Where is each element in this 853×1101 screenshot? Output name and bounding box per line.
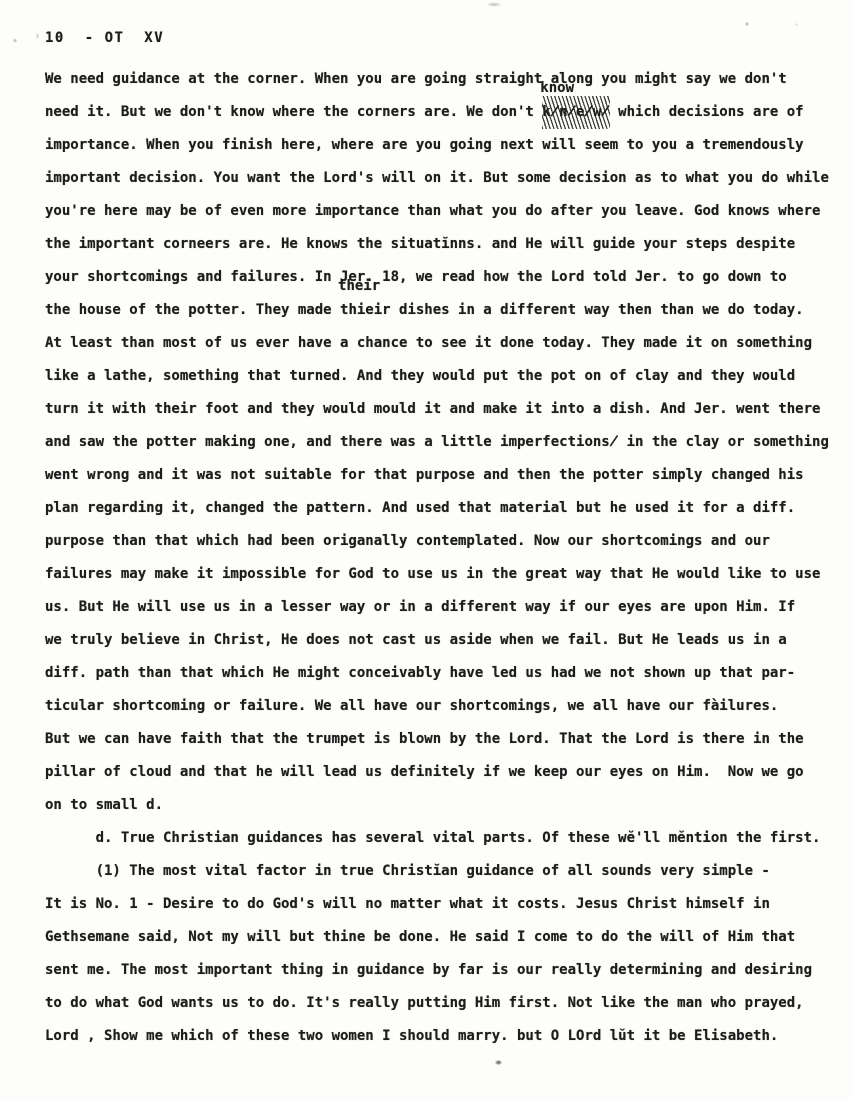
scan-smudge bbox=[795, 23, 798, 26]
text-line: went wrong and it was not suitable for t… bbox=[45, 459, 845, 492]
text-line: Lord , Show me which of these two women … bbox=[45, 1020, 845, 1053]
text-line: us. But He will use us in a lesser way o… bbox=[45, 591, 845, 624]
scan-smudge bbox=[13, 38, 17, 43]
text-line: to do what God wants us to do. It's real… bbox=[45, 987, 845, 1020]
scan-smudge bbox=[745, 22, 749, 26]
text-line: plan regarding it, changed the pattern. … bbox=[45, 492, 845, 525]
text-line: (1) The most vital factor in true Christ… bbox=[45, 855, 845, 888]
text-line: diff. path than that which He might conc… bbox=[45, 657, 845, 690]
scan-smudge bbox=[36, 33, 39, 39]
text-line: need it. But we don't know where the cor… bbox=[45, 96, 845, 129]
text-line: your shortcomings and failures. In Jer. … bbox=[45, 261, 845, 294]
text-line: failures may make it impossible for God … bbox=[45, 558, 845, 591]
text-line: you're here may be of even more importan… bbox=[45, 195, 845, 228]
text-line: sent me. The most important thing in gui… bbox=[45, 954, 845, 987]
interlinear-insertion: know bbox=[540, 80, 574, 96]
strikeout-word: knowk̸n̸e̸w̸ bbox=[542, 96, 609, 129]
text-line: the house of the potter. They made their… bbox=[45, 294, 845, 327]
scan-smudge bbox=[495, 1060, 502, 1065]
scan-smudge bbox=[486, 2, 502, 7]
text-line: on to small d. bbox=[45, 789, 845, 822]
page-header: 10 - OT XV bbox=[45, 22, 164, 55]
text-line: At least than most of us ever have a cha… bbox=[45, 327, 845, 360]
text-line: and saw the potter making one, and there… bbox=[45, 426, 845, 459]
corrected-word: theirthieir bbox=[340, 294, 391, 327]
text-line: pillar of cloud and that he will lead us… bbox=[45, 756, 845, 789]
text-line: ticular shortcoming or failure. We all h… bbox=[45, 690, 845, 723]
text-line: purpose than that which had been origana… bbox=[45, 525, 845, 558]
text-line: But we can have faith that the trumpet i… bbox=[45, 723, 845, 756]
interlinear-insertion: their bbox=[338, 278, 380, 294]
text-line: important decision. You want the Lord's … bbox=[45, 162, 845, 195]
text-line: the important corneers are. He knows the… bbox=[45, 228, 845, 261]
text-line: d. True Christian guidances has several … bbox=[45, 822, 845, 855]
text-line: importance. When you finish here, where … bbox=[45, 129, 845, 162]
text-line: like a lathe, something that turned. And… bbox=[45, 360, 845, 393]
document-body: We need guidance at the corner. When you… bbox=[45, 63, 845, 1053]
text-line: It is No. 1 - Desire to do God's will no… bbox=[45, 888, 845, 921]
text-line: turn it with their foot and they would m… bbox=[45, 393, 845, 426]
text-line: we truly believe in Christ, He does not … bbox=[45, 624, 845, 657]
document-page: 10 - OT XV We need guidance at the corne… bbox=[0, 0, 853, 1101]
text-line: We need guidance at the corner. When you… bbox=[45, 63, 845, 96]
text-line: Gethsemane said, Not my will but thine b… bbox=[45, 921, 845, 954]
